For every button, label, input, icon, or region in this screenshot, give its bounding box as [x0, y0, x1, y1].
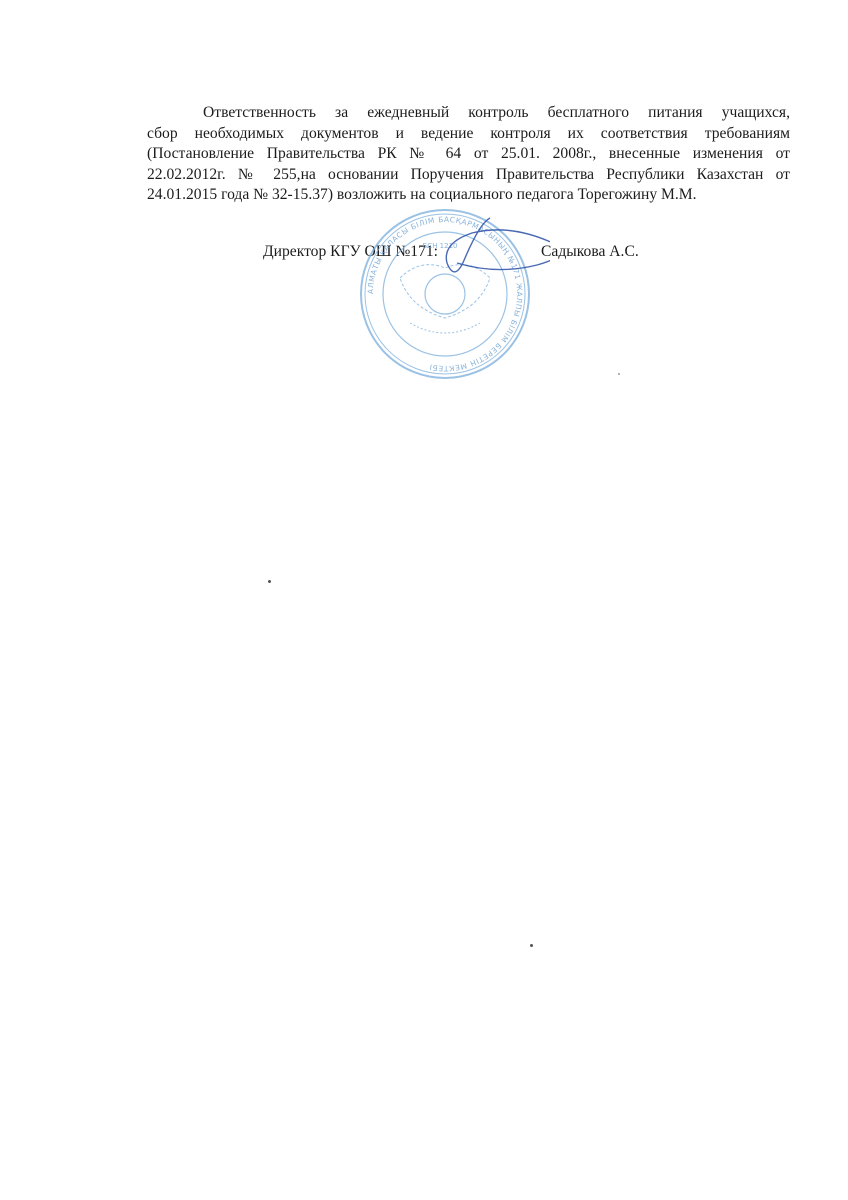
- signatory-name: Садыкова А.С.: [541, 243, 639, 261]
- svg-text:АЛМАТЫ ҚАЛАСЫ БІЛІМ БАСҚАРМАСЫ: АЛМАТЫ ҚАЛАСЫ БІЛІМ БАСҚАРМАСЫНЫҢ №171 Ж…: [366, 215, 524, 373]
- paragraph-line: 24.01.2015 года № 32-15.37) возложить на…: [147, 185, 790, 206]
- scan-artifact: [268, 580, 271, 583]
- body-paragraph: Ответственность за ежедневный контроль б…: [147, 103, 790, 206]
- paragraph-line: 22.02.2012г. № 255,на основании Поручени…: [147, 165, 790, 186]
- paragraph-line: (Постановление Правительства РК № 64 от …: [147, 144, 790, 165]
- official-stamp-icon: АЛМАТЫ ҚАЛАСЫ БІЛІМ БАСҚАРМАСЫНЫҢ №171 Ж…: [340, 208, 550, 380]
- paragraph-line: сбор необходимых документов и ведение ко…: [147, 124, 790, 145]
- signatory-position: Директор КГУ ОШ №171:: [263, 243, 438, 261]
- scan-artifact: [530, 944, 533, 947]
- handwritten-signature-icon: [446, 218, 550, 272]
- paragraph-line: Ответственность за ежедневный контроль б…: [147, 103, 790, 124]
- scan-artifact: [618, 373, 620, 375]
